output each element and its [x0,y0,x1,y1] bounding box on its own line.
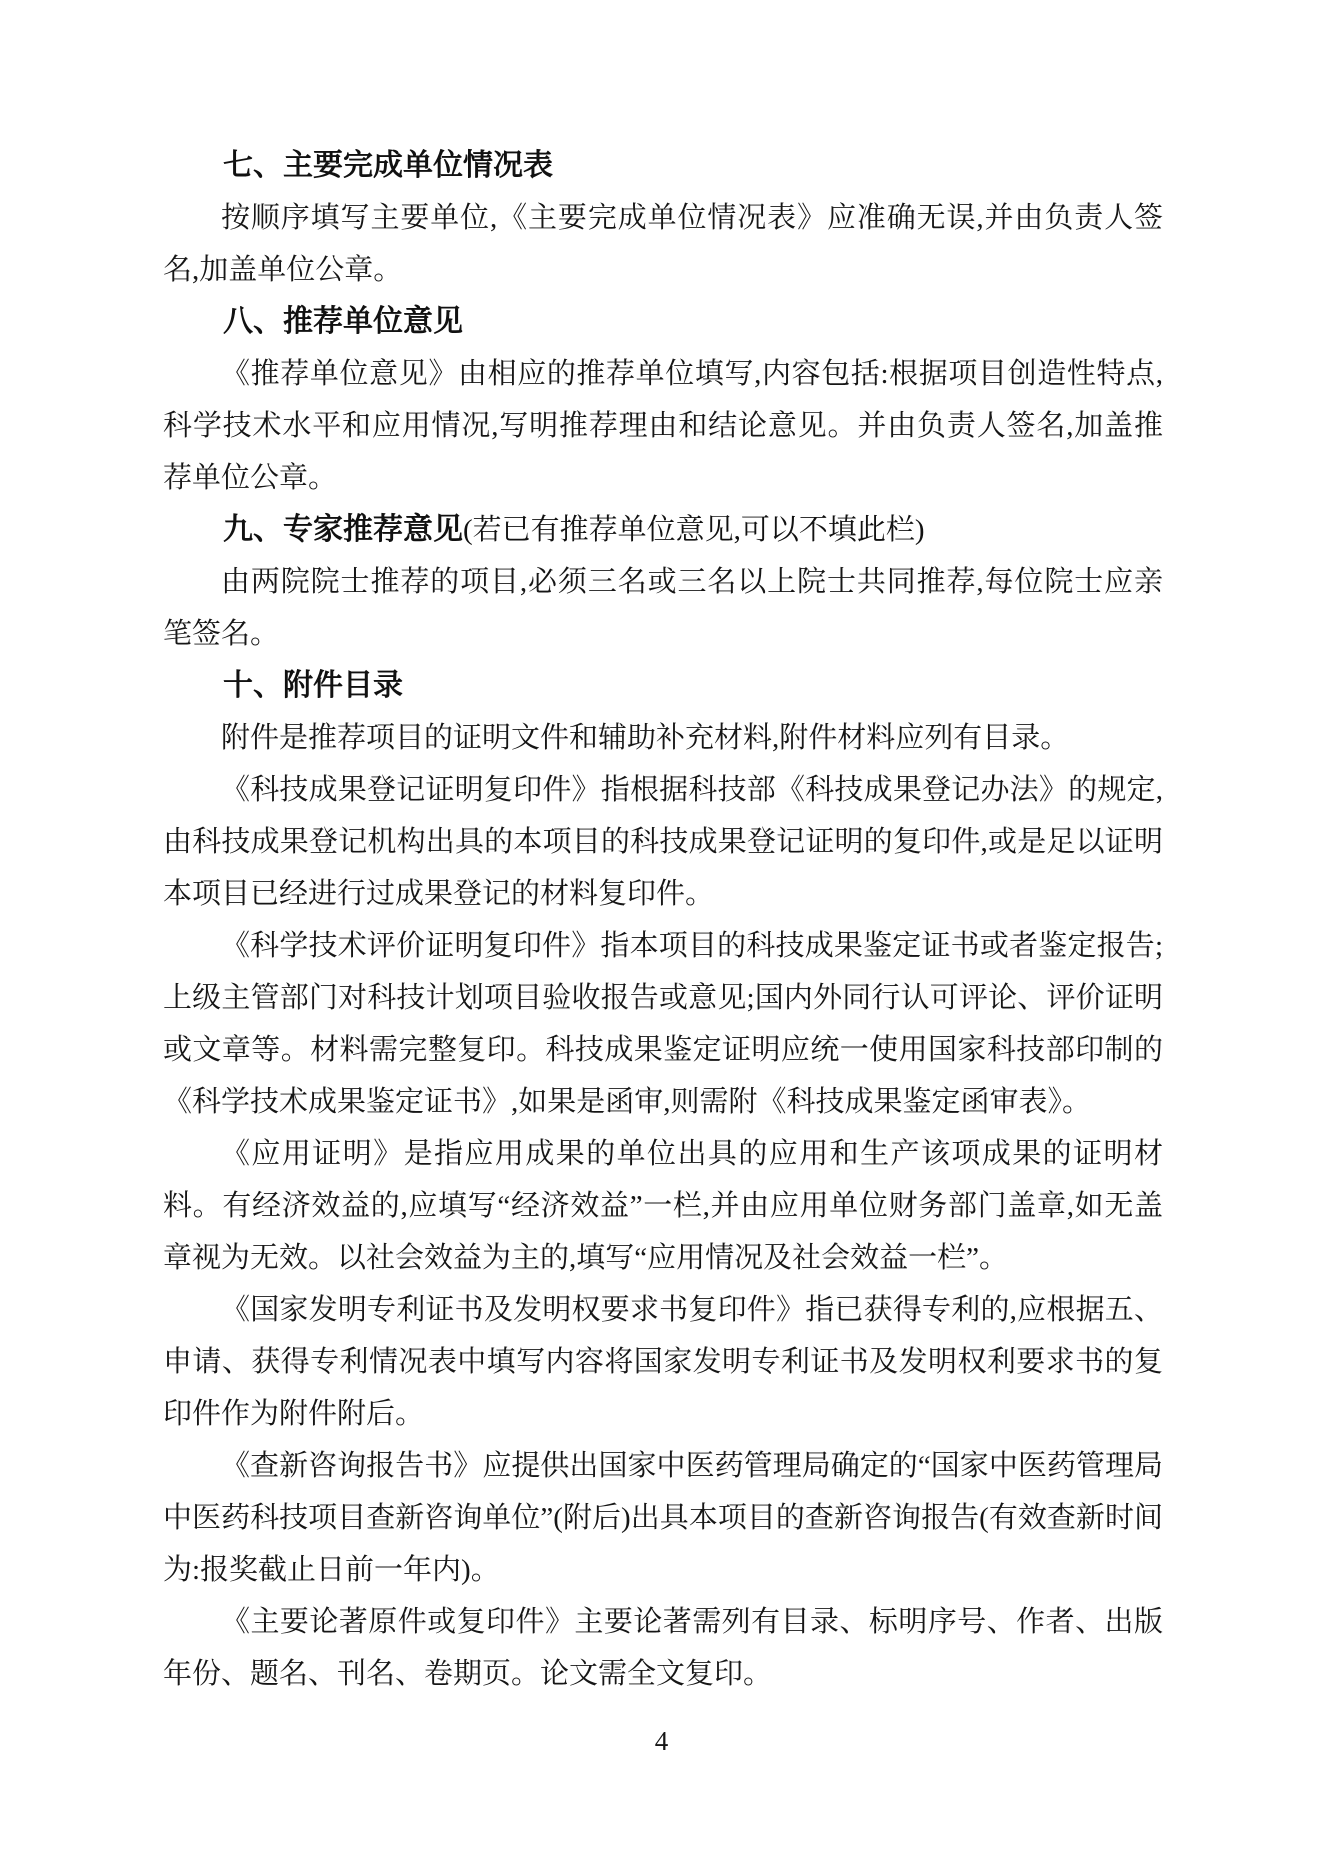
page-number: 4 [0,1724,1323,1758]
section-heading-text: 七、主要完成单位情况表 [223,149,553,182]
section-heading: 八、推荐单位意见 [163,296,1163,348]
section-heading-text: 八、推荐单位意见 [223,305,463,338]
section-heading-suffix: (若已有推荐单位意见,可以不填此栏) [463,514,925,546]
section-expert-recommendation-opinion: 九、专家推荐意见(若已有推荐单位意见,可以不填此栏) 由两院院士推荐的项目,必须… [163,504,1163,660]
section-heading: 九、专家推荐意见(若已有推荐单位意见,可以不填此栏) [163,504,1163,556]
paragraph: 《科学技术评价证明复印件》指本项目的科技成果鉴定证书或者鉴定报告;上级主管部门对… [163,920,1163,1128]
section-heading: 十、附件目录 [163,660,1163,712]
paragraph: 《查新咨询报告书》应提供出国家中医药管理局确定的“国家中医药管理局中医药科技项目… [163,1440,1163,1596]
paragraph: 《国家发明专利证书及发明权要求书复印件》指已获得专利的,应根据五、申请、获得专利… [163,1284,1163,1440]
paragraph: 由两院院士推荐的项目,必须三名或三名以上院士共同推荐,每位院士应亲笔签名。 [163,556,1163,660]
section-recommending-unit-opinion: 八、推荐单位意见 《推荐单位意见》由相应的推荐单位填写,内容包括:根据项目创造性… [163,296,1163,504]
paragraph: 《应用证明》是指应用成果的单位出具的应用和生产该项成果的证明材料。有经济效益的,… [163,1128,1163,1284]
paragraph: 《推荐单位意见》由相应的推荐单位填写,内容包括:根据项目创造性特点,科学技术水平… [163,348,1163,504]
section-heading: 七、主要完成单位情况表 [163,140,1163,192]
section-main-completing-units: 七、主要完成单位情况表 按顺序填写主要单位,《主要完成单位情况表》应准确无误,并… [163,140,1163,296]
section-heading-text: 九、专家推荐意见 [223,513,463,546]
paragraph: 附件是推荐项目的证明文件和辅助补充材料,附件材料应列有目录。 [163,712,1163,764]
document-page: 七、主要完成单位情况表 按顺序填写主要单位,《主要完成单位情况表》应准确无误,并… [0,0,1323,1871]
document-content: 七、主要完成单位情况表 按顺序填写主要单位,《主要完成单位情况表》应准确无误,并… [163,140,1163,1700]
section-attachment-directory: 十、附件目录 附件是推荐项目的证明文件和辅助补充材料,附件材料应列有目录。 《科… [163,660,1163,1700]
paragraph: 《主要论著原件或复印件》主要论著需列有目录、标明序号、作者、出版年份、题名、刊名… [163,1596,1163,1700]
section-heading-text: 十、附件目录 [223,669,403,702]
paragraph: 按顺序填写主要单位,《主要完成单位情况表》应准确无误,并由负责人签名,加盖单位公… [163,192,1163,296]
paragraph: 《科技成果登记证明复印件》指根据科技部《科技成果登记办法》的规定,由科技成果登记… [163,764,1163,920]
